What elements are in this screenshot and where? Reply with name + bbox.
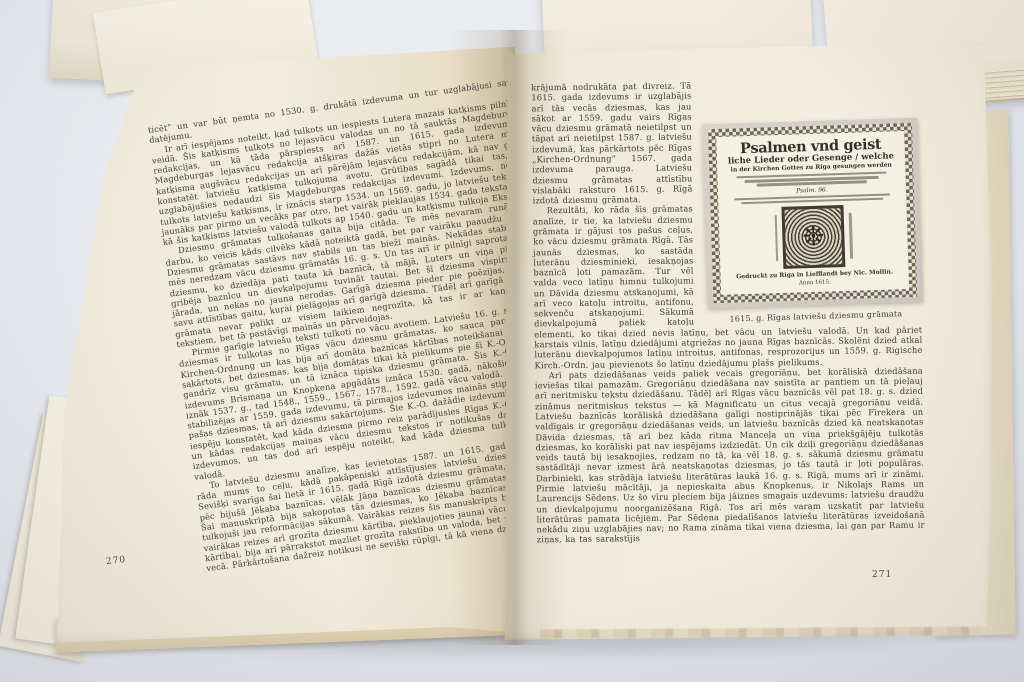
- right-page-number: 271: [872, 570, 892, 580]
- left-page: ticēt” un var būt ņemta no 1530. g. druk…: [48, 28, 516, 648]
- vertical-text-bar: [849, 213, 853, 259]
- left-page-number: 270: [106, 555, 127, 567]
- inset-photo-background: Psalmen vnd geist liche Lieder oder Gese…: [702, 118, 924, 308]
- right-page-text-block: Psalmen vnd geist liche Lieder oder Gese…: [531, 78, 925, 545]
- ornamental-border: Psalmen vnd geist liche Lieder oder Gese…: [708, 123, 917, 303]
- right-page: Psalmen vnd geist liche Lieder oder Gese…: [500, 36, 996, 646]
- photo-of-open-book: { "palette": { "background": "#e4e7ec", …: [0, 0, 1024, 682]
- vertical-text-bar: [774, 215, 778, 261]
- title-page-content: Psalmen vnd geist liche Lieder oder Gese…: [716, 131, 909, 294]
- inset-title-page-figure: Psalmen vnd geist liche Lieder oder Gese…: [702, 118, 924, 324]
- woodcut-emblem: ❊: [781, 205, 845, 269]
- woodcut-row: ❊: [721, 203, 905, 271]
- paragraph: Arī pats dziedāšanas veids paliek vecais…: [535, 366, 925, 546]
